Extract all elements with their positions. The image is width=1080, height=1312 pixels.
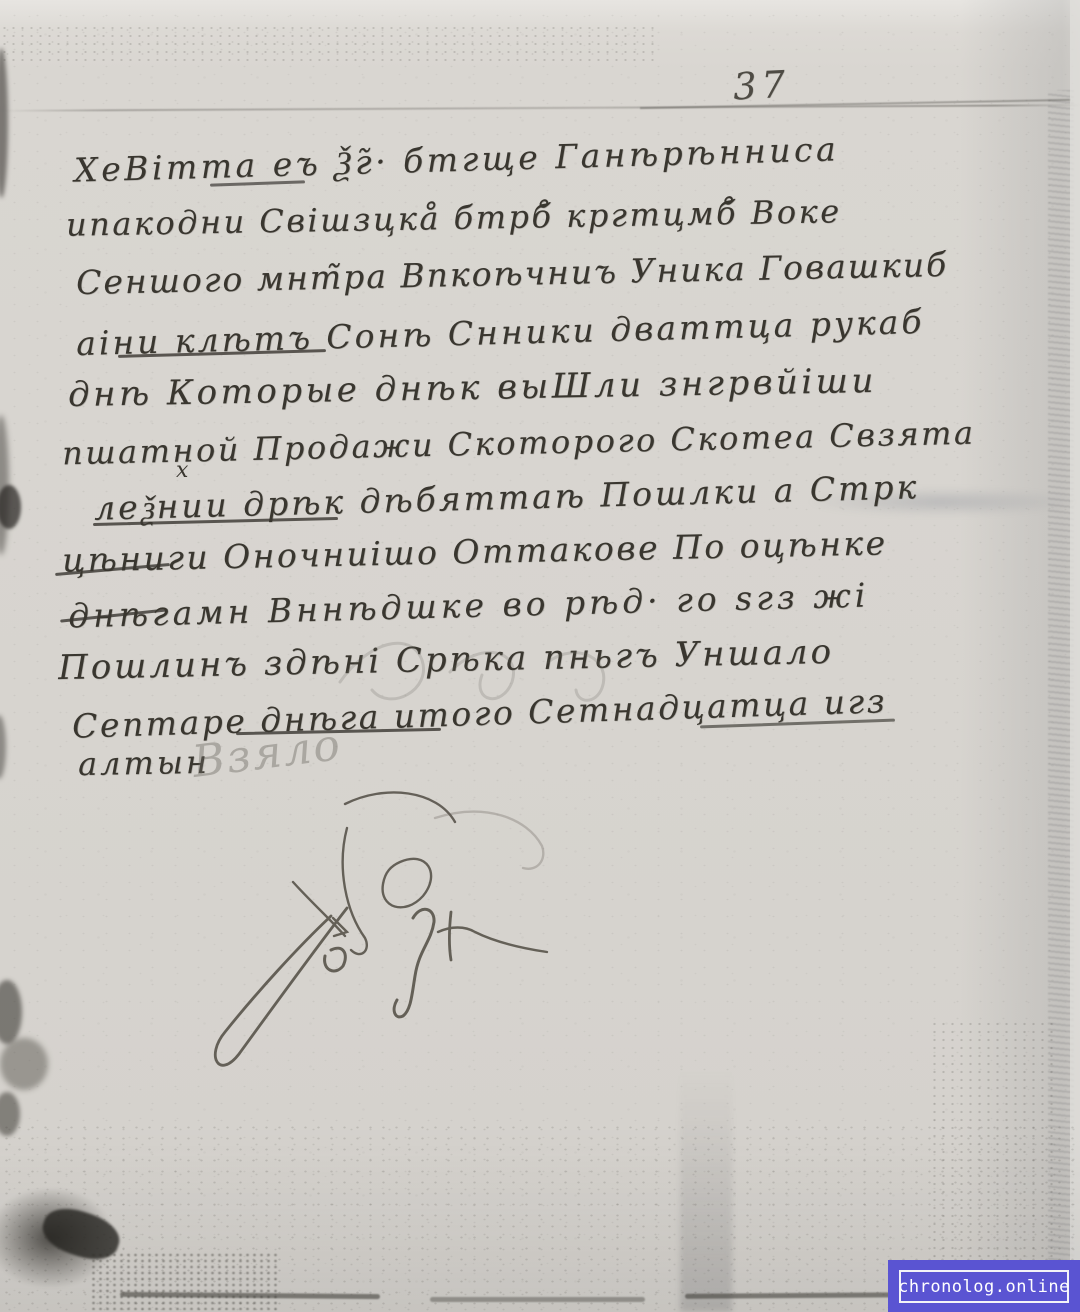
bottom-center-shadow-band xyxy=(680,1070,732,1312)
left-edge-stain xyxy=(0,1038,48,1090)
signature-flourish xyxy=(195,788,555,1110)
watermark-frame: chronolog.online xyxy=(899,1270,1069,1303)
ghost-pencil-scrawl xyxy=(330,620,640,720)
superscript-mark: х xyxy=(176,458,188,483)
manuscript-page: 37 ХеВітта еъ Ѯг̃· бтгще Ганѣрѣнниса ипа… xyxy=(0,0,1080,1312)
top-speckle-band xyxy=(0,24,660,64)
watermark-text: chronolog.online xyxy=(898,1277,1070,1297)
watermark-badge: chronolog.online xyxy=(888,1260,1080,1312)
bottom-smudge-dash xyxy=(430,1297,645,1302)
right-outer-margin xyxy=(1070,0,1080,1312)
page-number: 37 xyxy=(732,63,791,109)
bottom-left-speckle-trail xyxy=(90,1252,280,1310)
